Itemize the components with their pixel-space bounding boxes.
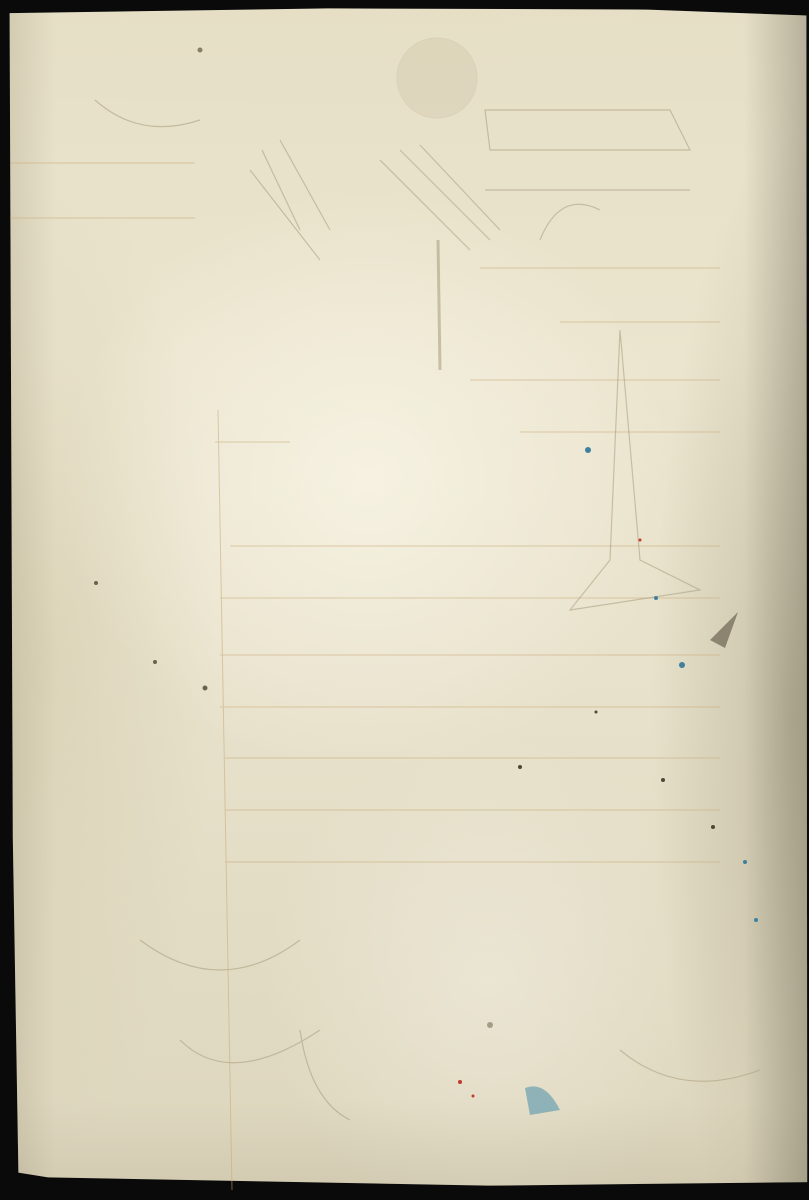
pigment-specks (94, 48, 758, 1116)
ruling-lines (10, 163, 720, 1190)
show-through-artwork (0, 0, 809, 1200)
photo-background (0, 0, 809, 1200)
faint-illumination (95, 38, 760, 1120)
